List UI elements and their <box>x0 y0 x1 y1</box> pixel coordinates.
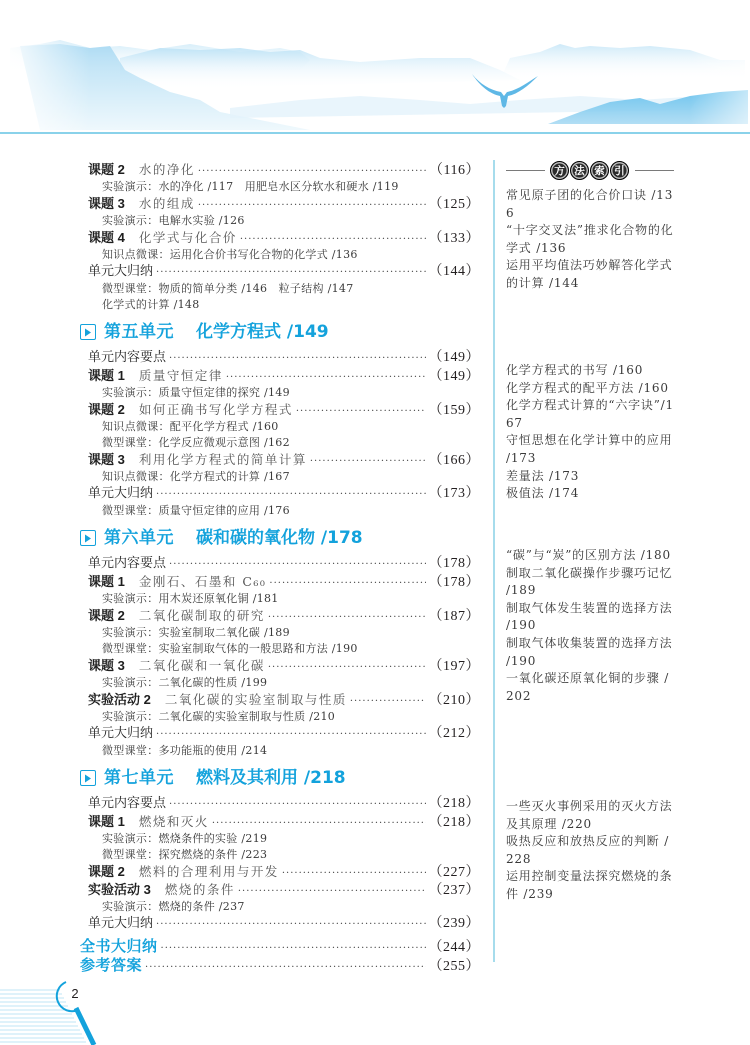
toc-sub-entry[interactable]: 实验演示：电解水实验 /126 <box>80 213 480 229</box>
toc-summary-entry[interactable]: 单元大归纳（173） <box>80 485 480 503</box>
unit-name: 第五单元 <box>104 319 174 345</box>
entry-title: 单元大归纳 <box>88 725 153 743</box>
heading-rule-left <box>506 170 545 171</box>
page-footer: 2 <box>0 960 200 1045</box>
page-ref: （166） <box>429 452 481 470</box>
unit-heading[interactable]: 第五单元化学方程式 /149 <box>80 319 480 345</box>
toc-sub-entry[interactable]: 实验演示：二氧化碳的实验室制取与性质 /210 <box>80 709 480 725</box>
dot-leader <box>156 916 425 934</box>
toc-lesson-entry[interactable]: 课题 1质量守恒定律（149） <box>80 367 480 385</box>
dot-leader <box>268 659 426 677</box>
lesson-tag: 实验活动 3 <box>88 881 151 899</box>
heading-char-badge: 索 <box>590 161 609 180</box>
toc-lesson-entry[interactable]: 实验活动 2二氧化碳的实验室制取与性质（210） <box>80 691 480 709</box>
toc-lesson-entry[interactable]: 课题 4化学式与化合价（133） <box>80 229 480 247</box>
header-rule <box>0 132 750 134</box>
lesson-tag: 课题 3 <box>88 657 125 675</box>
toc-sub-entry[interactable]: 微型课堂：实验室制取气体的一般思路和方法 /190 <box>80 641 480 657</box>
toc-lesson-entry[interactable]: 课题 1燃烧和灭火（218） <box>80 813 480 831</box>
method-index-item[interactable]: 常见原子团的化合价口诀 /136 <box>506 187 674 222</box>
dot-leader <box>156 264 425 282</box>
heading-char-badge: 法 <box>570 161 589 180</box>
method-index-item[interactable]: 守恒思想在化学计算中的应用 /173 <box>506 432 674 467</box>
lesson-tag: 课题 3 <box>88 195 125 213</box>
toc-lesson-entry[interactable]: 课题 2燃料的合理利用与开发（227） <box>80 863 480 881</box>
page-ref: （244） <box>429 938 481 957</box>
toc-sub-entry[interactable]: 微型课堂：多功能瓶的使用 /214 <box>80 743 480 759</box>
toc-sub-entry[interactable]: 实验演示：水的净化 /117 用肥皂水区分软水和硬水 /119 <box>80 179 480 195</box>
toc-lesson-entry[interactable]: 课题 2水的净化（116） <box>80 161 480 179</box>
method-index-heading: 方法索引 <box>506 160 674 180</box>
dot-leader <box>268 609 426 627</box>
lesson-tag: 课题 1 <box>88 813 125 831</box>
entry-title: 单元内容要点 <box>88 349 166 367</box>
heading-char-badge: 引 <box>610 161 629 180</box>
chevron-right-icon <box>80 324 96 340</box>
column-divider <box>493 160 495 962</box>
entry-title: 如何正确书写化学方程式 <box>139 401 293 419</box>
page-ref: （218） <box>429 795 481 813</box>
unit-heading[interactable]: 第六单元碳和碳的氧化物 /178 <box>80 525 480 551</box>
page-ref: （159） <box>429 402 481 420</box>
method-index-item[interactable]: 一氧化碳还原氧化铜的步骤 /202 <box>506 670 674 705</box>
heading-rule-right <box>635 170 674 171</box>
method-index-item[interactable]: 一些灭火事例采用的灭火方法及其原理 /220 <box>506 798 674 833</box>
unit-name: 第七单元 <box>104 765 174 791</box>
method-index-item[interactable]: “碳”与“炭”的区别方法 /180 <box>506 547 674 565</box>
toc-summary-entry[interactable]: 单元内容要点（218） <box>80 795 480 813</box>
method-index-item[interactable]: 制取气体发生装置的选择方法 /190 <box>506 600 674 635</box>
page-ref: （197） <box>429 658 481 676</box>
toc-sub-entry[interactable]: 知识点微课：配平化学方程式 /160 <box>80 419 480 435</box>
toc-lesson-entry[interactable]: 课题 3利用化学方程式的简单计算（166） <box>80 451 480 469</box>
page-ref: （133） <box>429 230 481 248</box>
toc-sub-entry[interactable]: 微型课堂：质量守恒定律的应用 /176 <box>80 503 480 519</box>
unit-name: 第六单元 <box>104 525 174 551</box>
chevron-right-icon <box>80 770 96 786</box>
page-ref: （239） <box>429 915 481 933</box>
unit-topic: 碳和碳的氧化物 /178 <box>196 525 363 551</box>
entry-title: 单元大归纳 <box>88 485 153 503</box>
method-index-item[interactable]: 运用控制变量法探究燃烧的条件 /239 <box>506 868 674 903</box>
page-ref: （178） <box>429 574 481 592</box>
unit-topic: 燃料及其利用 /218 <box>196 765 346 791</box>
page-ref: （125） <box>429 196 481 214</box>
page-corner-decoration <box>0 960 200 1045</box>
unit-heading[interactable]: 第七单元燃料及其利用 /218 <box>80 765 480 791</box>
lesson-tag: 课题 1 <box>88 573 125 591</box>
entry-title: 燃烧的条件 <box>165 881 235 899</box>
method-index-item[interactable]: 化学方程式的配平方法 /160 <box>506 380 674 398</box>
toc-lesson-entry[interactable]: 实验活动 3燃烧的条件（237） <box>80 881 480 899</box>
lesson-tag: 课题 2 <box>88 161 125 179</box>
page-ref: （173） <box>429 485 481 503</box>
dot-leader <box>169 350 425 368</box>
method-index-item[interactable]: 运用平均值法巧妙解答化学式的计算 /144 <box>506 257 674 292</box>
page-ref: （149） <box>429 349 481 367</box>
method-index-group: 常见原子团的化合价口诀 /136“十字交叉法”推求化合物的化学式 /136运用平… <box>506 187 674 293</box>
toc-sub-entry[interactable]: 微型课堂：探究燃烧的条件 /223 <box>80 847 480 863</box>
entry-title: 单元内容要点 <box>88 555 166 573</box>
toc-summary-entry[interactable]: 单元大归纳（144） <box>80 263 480 281</box>
toc-sub-entry[interactable]: 知识点微课：化学方程式的计算 /167 <box>80 469 480 485</box>
page-ref: （149） <box>429 368 481 386</box>
entry-title: 单元大归纳 <box>88 263 153 281</box>
table-of-contents: 课题 2水的净化（116）实验演示：水的净化 /117 用肥皂水区分软水和硬水 … <box>80 161 480 975</box>
toc-sub-entry[interactable]: 实验演示：实验室制取二氧化碳 /189 <box>80 625 480 641</box>
chevron-right-icon <box>80 530 96 546</box>
toc-sub-entry[interactable]: 化学式的计算 /148 <box>80 297 480 313</box>
toc-lesson-entry[interactable]: 课题 2二氧化碳制取的研究（187） <box>80 607 480 625</box>
entry-title: 利用化学方程式的简单计算 <box>139 451 307 469</box>
entry-title: 水的净化 <box>139 161 195 179</box>
dot-leader <box>156 486 425 504</box>
toc-sub-entry[interactable]: 知识点微课：运用化合价书写化合物的化学式 /136 <box>80 247 480 263</box>
toc-summary-entry[interactable]: 单元大归纳（239） <box>80 915 480 933</box>
method-index-item[interactable]: 化学方程式计算的“六字诀”/167 <box>506 397 674 432</box>
dot-leader <box>269 575 425 593</box>
toc-sub-entry[interactable]: 实验演示：二氧化碳的性质 /199 <box>80 675 480 691</box>
page-ref: （144） <box>429 263 481 281</box>
method-index-badges: 方法索引 <box>550 161 630 180</box>
dot-leader <box>198 197 426 215</box>
method-index-item[interactable]: 差量法 /173 <box>506 468 674 486</box>
dot-leader <box>238 883 426 901</box>
toc-summary-entry[interactable]: 单元大归纳（212） <box>80 725 480 743</box>
toc-sub-entry[interactable]: 实验演示：用木炭还原氧化铜 /181 <box>80 591 480 607</box>
dot-leader <box>226 369 426 387</box>
dot-leader <box>156 726 425 744</box>
page-ref: （187） <box>429 608 481 626</box>
page-number: 2 <box>60 982 90 1006</box>
dot-leader <box>240 231 426 249</box>
page-ref: （116） <box>429 162 480 180</box>
entry-title: 金刚石、石墨和 C₆₀ <box>139 573 267 591</box>
toc-lesson-entry[interactable]: 课题 3二氧化碳和一氧化碳（197） <box>80 657 480 675</box>
entry-title: 二氧化碳制取的研究 <box>139 607 265 625</box>
lesson-tag: 课题 2 <box>88 863 125 881</box>
mountain-landscape-illustration <box>0 0 750 134</box>
entry-title: 二氧化碳的实验室制取与性质 <box>165 691 347 709</box>
page-ref: （212） <box>429 725 481 743</box>
entry-title: 质量守恒定律 <box>139 367 223 385</box>
heading-char-badge: 方 <box>550 161 569 180</box>
entry-title: 全书大归纳 <box>80 937 158 956</box>
entry-title: 单元内容要点 <box>88 795 166 813</box>
page-ref: （255） <box>429 957 481 976</box>
entry-title: 水的组成 <box>139 195 195 213</box>
dot-leader <box>296 403 426 421</box>
lesson-tag: 课题 2 <box>88 607 125 625</box>
dot-leader <box>212 815 426 833</box>
method-index-group: 一些灭火事例采用的灭火方法及其原理 /220吸热反应和放热反应的判断 /228运… <box>506 798 674 904</box>
method-index-item[interactable]: 制取二氧化碳操作步骤巧记忆 /189 <box>506 565 674 600</box>
header-banner <box>0 0 750 134</box>
page-ref: （210） <box>429 692 481 710</box>
lesson-tag: 课题 1 <box>88 367 125 385</box>
page-ref: （227） <box>429 864 481 882</box>
page-ref: （237） <box>429 882 481 900</box>
toc-summary-entry[interactable]: 单元内容要点（149） <box>80 349 480 367</box>
lesson-tag: 课题 3 <box>88 451 125 469</box>
dot-leader <box>169 556 425 574</box>
toc-summary-entry[interactable]: 单元内容要点（178） <box>80 555 480 573</box>
toc-lesson-entry[interactable]: 课题 2如何正确书写化学方程式（159） <box>80 401 480 419</box>
method-index-item[interactable]: 极值法 /174 <box>506 485 674 503</box>
lesson-tag: 实验活动 2 <box>88 691 151 709</box>
entry-title: 单元大归纳 <box>88 915 153 933</box>
method-index-group: 化学方程式的书写 /160化学方程式的配平方法 /160化学方程式计算的“六字诀… <box>506 362 674 503</box>
page-ref: （178） <box>429 555 481 573</box>
dot-leader <box>350 693 426 711</box>
dot-leader <box>198 163 426 181</box>
method-index-item[interactable]: 吸热反应和放热反应的判断 /228 <box>506 833 674 868</box>
method-index-item[interactable]: 制取气体收集装置的选择方法 /190 <box>506 635 674 670</box>
method-index-item[interactable]: 化学方程式的书写 /160 <box>506 362 674 380</box>
entry-title: 化学式与化合价 <box>139 229 237 247</box>
entry-title: 燃料的合理利用与开发 <box>139 863 279 881</box>
method-index-item[interactable]: “十字交叉法”推求化合物的化学式 /136 <box>506 222 674 257</box>
toc-sub-entry[interactable]: 实验演示：燃烧的条件 /237 <box>80 899 480 915</box>
toc-sub-entry[interactable]: 实验演示：质量守恒定律的探究 /149 <box>80 385 480 401</box>
toc-sub-entry[interactable]: 微型课堂：化学反应微观示意图 /162 <box>80 435 480 451</box>
toc-lesson-entry[interactable]: 课题 1金刚石、石墨和 C₆₀（178） <box>80 573 480 591</box>
toc-sub-entry[interactable]: 实验演示：燃烧条件的实验 /219 <box>80 831 480 847</box>
toc-final-entry[interactable]: 全书大归纳（244） <box>80 937 480 956</box>
dot-leader <box>169 796 425 814</box>
page-ref: （218） <box>429 814 481 832</box>
entry-title: 燃烧和灭火 <box>139 813 209 831</box>
lesson-tag: 课题 4 <box>88 229 125 247</box>
entry-title: 二氧化碳和一氧化碳 <box>139 657 265 675</box>
method-index-group: “碳”与“炭”的区别方法 /180制取二氧化碳操作步骤巧记忆 /189制取气体发… <box>506 547 674 705</box>
toc-sub-entry[interactable]: 微型课堂：物质的简单分类 /146 粒子结构 /147 <box>80 281 480 297</box>
lesson-tag: 课题 2 <box>88 401 125 419</box>
unit-topic: 化学方程式 /149 <box>196 319 329 345</box>
toc-lesson-entry[interactable]: 课题 3水的组成（125） <box>80 195 480 213</box>
dot-leader <box>310 453 426 471</box>
